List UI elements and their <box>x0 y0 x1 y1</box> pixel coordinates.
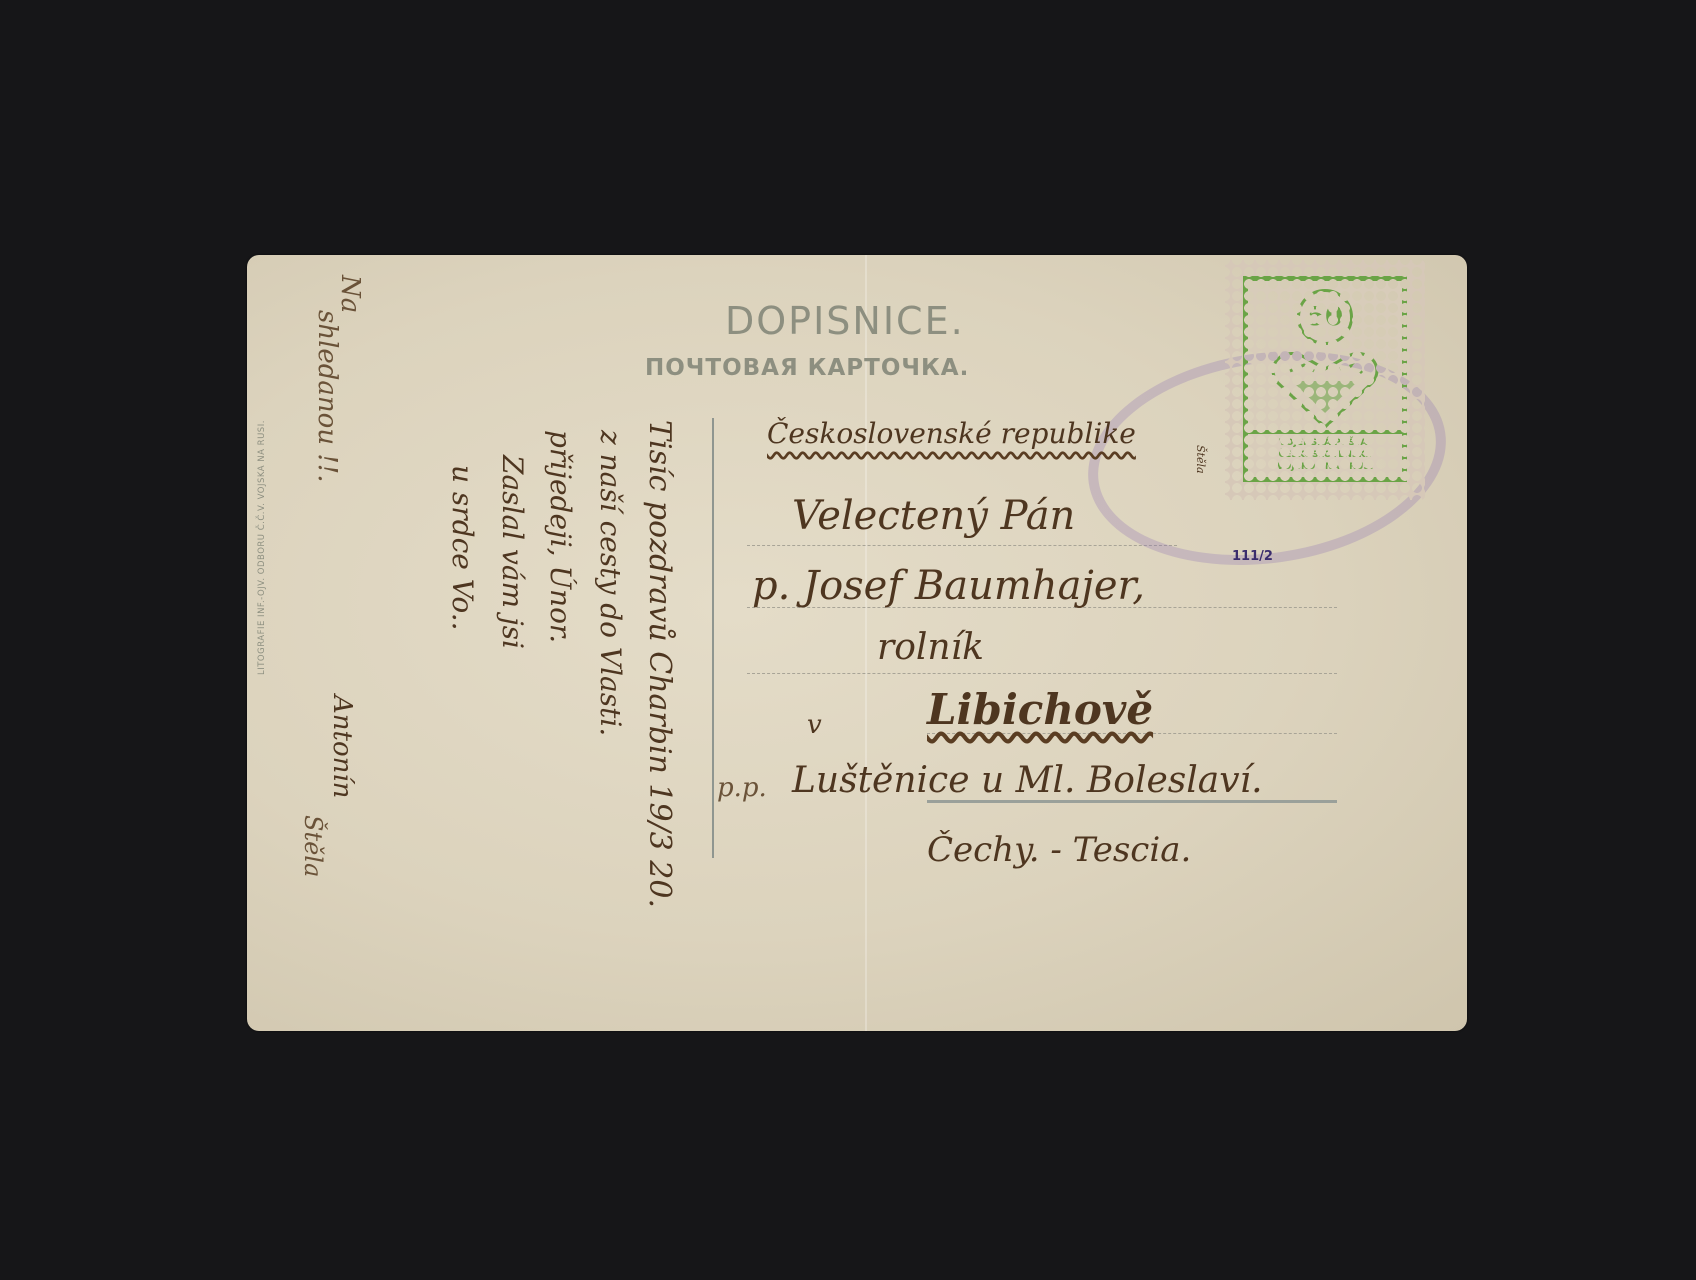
address-header: Československé republike <box>767 417 1136 450</box>
signature: Antonín <box>327 695 357 798</box>
cancel-number: 111/2 <box>1232 549 1273 564</box>
address-line <box>747 673 1337 674</box>
address-recipient: p. Josef Baumhajer, <box>752 563 1145 609</box>
stamp-frame: 50 VOJENSKÁ POŠTA. ČESKOSLOVENSKÉ VOJSKO… <box>1243 276 1407 482</box>
stamp-inscription-line: ČESKOSLOVENSKÉ <box>1248 449 1402 461</box>
sidebar-greeting: Na <box>335 275 365 313</box>
stamp-inscription-line: VOJENSKÁ POŠTA. <box>1248 437 1402 449</box>
printed-subtitle-russian: ПОЧТОВАЯ КАРТОЧКА. <box>645 355 969 381</box>
address-post-prefix: p.p. <box>717 773 767 803</box>
stamp-value: 50 <box>1297 289 1353 345</box>
message-line: přijedeji, Únor. <box>544 430 577 643</box>
address-salutation: Velectený Pán <box>792 493 1075 539</box>
heart-emblem-icon <box>1270 349 1380 429</box>
message-line: z naší cesty do Vlasti. <box>594 430 627 736</box>
postage-stamp: 50 VOJENSKÁ POŠTA. ČESKOSLOVENSKÉ VOJSKO… <box>1225 260 1425 500</box>
sidebar-greeting: shledanou !!. <box>312 310 342 483</box>
address-town: Libichově <box>927 685 1153 734</box>
signature-surname: Štěla <box>299 815 327 877</box>
printed-title: DOPISNICE. <box>725 299 1025 343</box>
message-line: Tisíc pozdravů Charbin 19/3 20. <box>642 420 677 908</box>
message-line: u srdce Vo.. <box>446 465 479 631</box>
stamp-inscription-line: VOJSKO · NA · RUSI <box>1248 461 1402 473</box>
stamp-inscription: VOJENSKÁ POŠTA. ČESKOSLOVENSKÉ VOJSKO · … <box>1248 430 1402 473</box>
postcard: DOPISNICE. ПОЧТОВАЯ КАРТОЧКА. LITOGRAFIE… <box>247 255 1467 1031</box>
address-country: Čechy. - Tescia. <box>927 830 1191 870</box>
stamp-signature: Štěla <box>1194 445 1207 474</box>
address-post-office: Luštěnice u Ml. Boleslaví. <box>792 760 1263 801</box>
address-occupation: rolník <box>877 627 984 668</box>
address-line <box>747 545 1177 546</box>
printer-imprint: LITOGRAFIE INF.-OJV. ODBORU Č.Č.V. VOJSK… <box>257 420 267 675</box>
address-town-prefix: v <box>807 710 822 740</box>
message-line: Zaslal vám jsi <box>496 455 529 649</box>
divider-line <box>712 418 714 858</box>
